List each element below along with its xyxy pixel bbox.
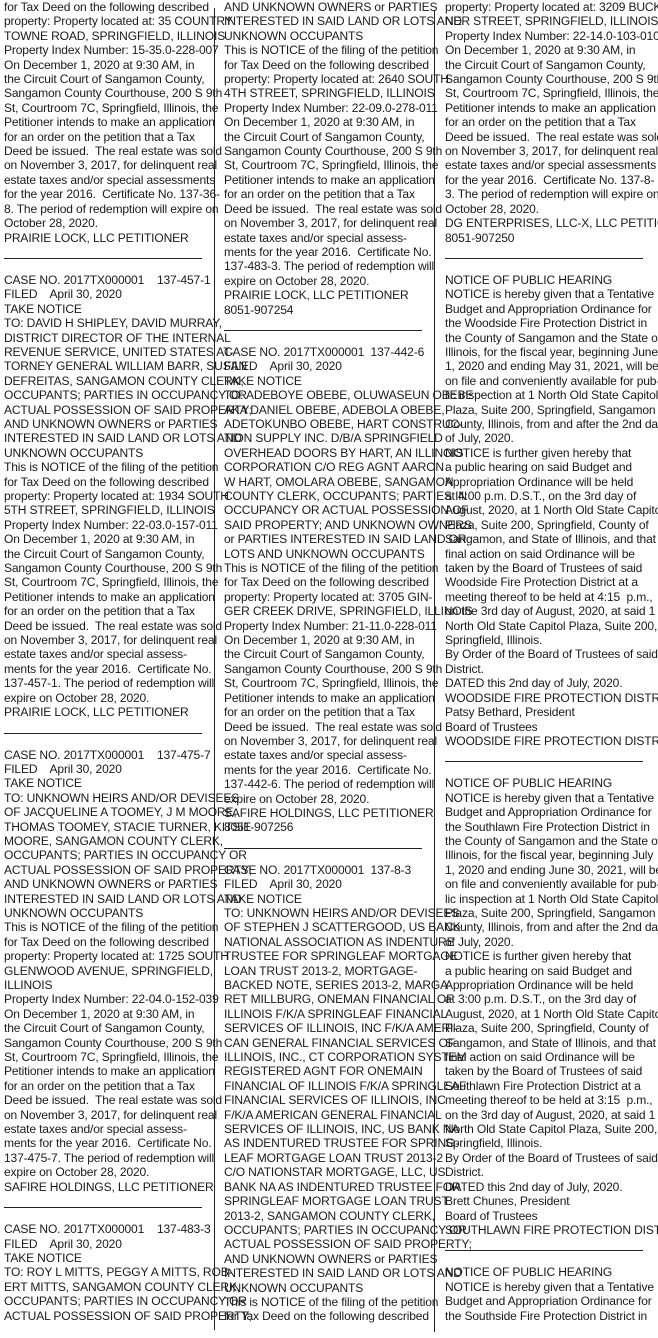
notice-text-line: ACTUAL POSSESSION OF SAID PROPERTY; [4, 863, 204, 877]
notice-text-line: estate taxes and/or special assess- [224, 748, 426, 762]
notice-text-line: Deed be issued. The real estate was sold [4, 1093, 204, 1107]
notice-tail: for Tax Deed on the following describedp… [4, 0, 204, 245]
notice-text-line: By Order of the Board of Trustees of sai… [445, 647, 647, 661]
notice-text-line: Petitioner intends to make an applicatio… [445, 101, 647, 115]
notice-text-line: August, 2020, at 1 North Old State Capit… [445, 503, 647, 517]
notice-text-line: OCCUPANTS; PARTIES IN OCCUPANCY OR [4, 848, 204, 862]
notice-text-line: UNKNOWN OCCUPANTS [224, 29, 426, 43]
notice-text-line: ments for the year 2016. Certificate No. [224, 763, 426, 777]
notice-text-line: 2013-2, SANGAMON COUNTY CLERK, [224, 1209, 426, 1223]
notice-text-line: Petitioner intends to make an applicatio… [224, 691, 426, 705]
notice-text-line: On December 1, 2020 at 9:30 AM, in [4, 532, 204, 546]
notice-text-line: for an order on the petition that a Tax [4, 604, 204, 618]
notice-text-line: for Tax Deed on the following described [4, 0, 204, 14]
notice-text-line: GLENWOOD AVENUE, SPRINGFIELD, [4, 964, 204, 978]
notice-text-line: ments for the year 2016. Certificate No. [4, 1136, 204, 1150]
notice-text-line: taken by the Board of Trustees of said [445, 561, 647, 575]
notice-text-line: OVERHEAD DOORS BY HART, AN ILLINOIS [224, 446, 426, 460]
notice-text-line: on file and conveniently available for p… [445, 374, 647, 388]
notice-text-line: ments for the year 2016. Certificate No. [224, 245, 426, 259]
notice-text-line: 3. The period of redemption will expire … [445, 187, 647, 201]
notice-text-line: Sangamon, and State of Illinois, and tha… [445, 532, 647, 546]
notice-text-line: FILED April 30, 2020 [4, 1237, 204, 1251]
notice-text-line: Plaza, Suite 200, Springfield, County of [445, 1021, 647, 1035]
notice-text-line: on November 3, 2017, for delinquent real [4, 158, 204, 172]
notice-text-line: On December 1, 2020 at 9:30 AM, in [445, 43, 647, 57]
notice-text-line: for Tax Deed on the following described [224, 58, 426, 72]
notice-text-line: This is NOTICE of the filing of the peti… [224, 43, 426, 57]
notice-text-line: Deed be issued. The real estate was sold [4, 144, 204, 158]
notice-text-line: OCCUPANTS; PARTIES IN OCCUPANCY OR [224, 1223, 426, 1237]
notice-text-line: final action on said Ordinance will be [445, 547, 647, 561]
notice-text-line: final action on said Ordinance will be [445, 1050, 647, 1064]
notice-text-line: FINANCIAL SERVICES OF ILLINOIS, INC [224, 1093, 426, 1107]
notice-text-line: expire on October 28, 2020. [224, 274, 426, 288]
notice-text-line: August, 2020, at 1 North Old State Capit… [445, 1007, 647, 1021]
notice-text-line: Deed be issued. The real estate was sold [224, 720, 426, 734]
notice-text-line: TORNEY GENERAL WILLIAM BARR, SUSAN [4, 359, 204, 373]
notice-text-line: By Order of the Board of Trustees of sai… [445, 1151, 647, 1165]
notice-tail: AND UNKNOWN OWNERS or PARTIESINTERESTED … [224, 0, 426, 317]
notice-text-line: estate taxes and/or special assessments [445, 158, 647, 172]
notice-text-line: on November 3, 2017, for delinquent real [224, 734, 426, 748]
notice-text-line: for an order on the petition that a Tax [4, 1079, 204, 1093]
notice-text-line: ILLINOIS, INC., CT CORPORATION SYSTEM [224, 1050, 426, 1064]
legal-notices-page: for Tax Deed on the following describedp… [0, 0, 658, 1338]
notice-text-line: CASE NO. 2017TX000001 137-475-7 [4, 748, 204, 762]
notice-text-line: Property Index Number: 22-09.0-278-011 [224, 101, 426, 115]
notice-text-line: property: Property located at: 1725 SOUT… [4, 949, 204, 963]
notice-text-line: NOTICE OF PUBLIC HEARING [445, 1265, 647, 1279]
notice-text-line: for an order on the petition that a Tax [445, 115, 647, 129]
notice-text-line: PRAIRIE LOCK, LLC PETITIONER [4, 705, 204, 719]
notice-text-line: SERVICES OF ILLINOIS, INC F/K/A AMERI- [224, 1021, 426, 1035]
notice-text-line: AND UNKNOWN OWNERS or PARTIES [4, 877, 204, 891]
notice-text-line: meeting thereof to be held at 4:15 p.m., [445, 590, 647, 604]
notice-text-line: ILLINOIS F/K/A SPRINGLEAF FINANCIAL [224, 1007, 426, 1021]
notice-text-line: SAFIRE HOLDINGS, LLC PETITIONER [224, 806, 426, 820]
notice-text-line: Property Index Number: 22-04.0-152-039 [4, 992, 204, 1006]
notice-text-line: Springfield, Illinois. [445, 1136, 647, 1150]
notice-text-line: of July, 2020. [445, 935, 647, 949]
notice-text-line: On December 1, 2020 at 9:30 AM, in [224, 633, 426, 647]
notice-text-line: On December 1, 2020 at 9:30 AM, in [4, 58, 204, 72]
notice-separator-rule [4, 733, 202, 734]
notice-text-line: This is NOTICE of the filing of the peti… [4, 460, 204, 474]
notice-text-line: for an order on the petition that a Tax [4, 130, 204, 144]
notice-text-line: INTERESTED IN SAID LAND OR LOTS AND [224, 1266, 426, 1280]
notice-text-line: FILED April 30, 2020 [224, 359, 426, 373]
notice-text-line: North Old State Capitol Plaza, Suite 200… [445, 1122, 647, 1136]
notice-text-line: the Circuit Court of Sangamon County, [224, 647, 426, 661]
notice-text-line: Property Index Number: 15-35.0-228-007 [4, 43, 204, 57]
notice-text-line: Budget and Appropriation Ordinance for [445, 302, 647, 316]
notice-text-line: INTERESTED IN SAID LAND OR LOTS AND [224, 14, 426, 28]
notice-text-line: Sangamon County Courthouse, 200 S 9th [4, 86, 204, 100]
notice-text-line: Woodside Fire Protection District at a [445, 575, 647, 589]
notice-text-line: OF STEPHEN J SCATTERGOOD, US BANK [224, 920, 426, 934]
column-3: property: Property located at: 3209 BUCK… [445, 0, 647, 1338]
notice-text-line: TAKE NOTICE [4, 1251, 204, 1265]
notice-text-line: the County of Sangamon and the State of [445, 834, 647, 848]
notice-text-line: SPRINGLEAF MORTGAGE LOAN TRUST [224, 1194, 426, 1208]
notice-text-line: Southlawn Fire Protection District at a [445, 1079, 647, 1093]
notice-text-line: REVENUE SERVICE, UNITED STATES AT- [4, 345, 204, 359]
notice-text-line: COUNTY CLERK, OCCUPANTS; PARTIES IN [224, 489, 426, 503]
notice-text-line: for Tax Deed on the following described [4, 475, 204, 489]
tax-deed-notice: CASE NO. 2017TX000001 137-442-6FILED Apr… [224, 345, 426, 835]
notice-text-line: NOTICE OF PUBLIC HEARING [445, 776, 647, 790]
notice-text-line: CASE NO. 2017TX000001 137-8-3 [224, 863, 426, 877]
notice-text-line: a public hearing on said Budget and [445, 460, 647, 474]
notice-text-line: TAKE NOTICE [4, 302, 204, 316]
notice-text-line: for the year 2016. Certificate No. 137-8… [445, 173, 647, 187]
notice-text-line: 8051-907256 [224, 820, 426, 834]
notice-text-line: This is NOTICE of the filing of the peti… [224, 561, 426, 575]
notice-text-line: property: Property located at: 2640 SOUT… [224, 72, 426, 86]
notice-text-line: at 3:00 p.m. D.S.T., on the 3rd day of [445, 992, 647, 1006]
notice-text-line: TAKE NOTICE [224, 374, 426, 388]
notice-text-line: Sangamon County Courthouse, 200 S 9th [4, 561, 204, 575]
notice-text-line: SOUTHLAWN FIRE PROTECTION DISTRICT [445, 1223, 647, 1237]
notice-text-line: MOORE, SANGAMON COUNTY CLERK, [4, 834, 204, 848]
notice-text-line: on file and conveniently available for p… [445, 877, 647, 891]
notice-text-line: North Old State Capitol Plaza, Suite 200… [445, 619, 647, 633]
notice-text-line: Illinois, for the fiscal year, beginning… [445, 345, 647, 359]
notice-text-line: the Southside Fire Protection District i… [445, 1309, 647, 1323]
notice-text-line: BANK NA AS INDENTURED TRUSTEE FOR [224, 1180, 426, 1194]
notice-text-line: TOWNE ROAD, SPRINGFIELD, ILLINOIS [4, 29, 204, 43]
notice-text-line: INTERESTED IN SAID LAND OR LOTS AND [4, 892, 204, 906]
notice-text-line: OCCUPANTS; PARTIES IN OCCUPANCY OR [4, 1294, 204, 1308]
notice-text-line: Springfield, Illinois. [445, 633, 647, 647]
notice-text-line: 137-442-6. The period of redemption will [224, 777, 426, 791]
notice-text-line: Budget and Appropriation Ordinance for [445, 1294, 647, 1308]
notice-text-line: Illinois, for the fiscal year, beginning… [445, 848, 647, 862]
notice-text-line: RET MILLBURG, ONEMAN FINANCIAL OF [224, 992, 426, 1006]
public-hearing-notice: NOTICE OF PUBLIC HEARINGNOTICE is hereby… [445, 273, 647, 748]
notice-text-line: SERVICES OF ILLINOIS, INC, US BANK NA [224, 1122, 426, 1136]
notice-text-line: REGISTERED AGNT FOR ONEMAIN [224, 1064, 426, 1078]
notice-text-line: Petitioner intends to make an applicatio… [4, 590, 204, 604]
notice-text-line: ERT MITTS, SANGAMON COUNTY CLERK, [4, 1280, 204, 1294]
notice-text-line: F/K/A AMERICAN GENERAL FINANCIAL [224, 1108, 426, 1122]
notice-text-line: the Circuit Court of Sangamon County, [445, 58, 647, 72]
notice-text-line: ADETOKUNBO OBEBE, HART CONSTRUC- [224, 417, 426, 431]
notice-text-line: estate taxes and/or special assess- [4, 647, 204, 661]
notice-text-line: This is NOTICE of the filing of the peti… [224, 1295, 426, 1309]
notice-text-line: BACKED NOTE, SERIES 2013-2, MARGA- [224, 978, 426, 992]
notice-text-line: on November 3, 2017, for delinquent real [4, 1108, 204, 1122]
notice-text-line: 1, 2020 and ending May 31, 2021, will be [445, 359, 647, 373]
notice-text-line: Budget and Appropriation Ordinance for [445, 805, 647, 819]
notice-text-line: ACTUAL POSSESSION OF SAID PROPERTY; [4, 1309, 204, 1323]
notice-text-line: W HART, OMOLARA OBEBE, SANGAMON [224, 475, 426, 489]
notice-text-line: for Tax Deed on the following described [4, 935, 204, 949]
notice-text-line: AS INDENTURED TRUSTEE FOR SPRING- [224, 1136, 426, 1150]
notice-text-line: DG ENTERPRISES, LLC-X, LLC PETITIONER [445, 216, 647, 230]
notice-text-line: St, Courtroom 7C, Springfield, Illinois,… [4, 101, 204, 115]
notice-text-line: SAFIRE HOLDINGS, LLC PETITIONER [4, 1180, 204, 1194]
notice-text-line: 4TH STREET, SPRINGFIELD, ILLINOIS [224, 86, 426, 100]
notice-text-line: Plaza, Suite 200, Springfield, County of [445, 518, 647, 532]
notice-text-line: 8051-907254 [224, 303, 426, 317]
notice-text-line: County, Illinois, from and after the 2nd… [445, 920, 647, 934]
notice-text-line: THOMAS TOOMEY, STACIE TURNER, KITSIE [4, 820, 204, 834]
notice-text-line: for an order on the petition that a Tax [224, 705, 426, 719]
notice-text-line: estate taxes and/or special assessments [4, 173, 204, 187]
notice-text-line: TO: DAVID H SHIPLEY, DAVID MURRAY, [4, 316, 204, 330]
notice-text-line: PRAIRIE LOCK, LLC PETITIONER [4, 231, 204, 245]
column-1: for Tax Deed on the following describedp… [4, 0, 204, 1338]
tax-deed-notice: CASE NO. 2017TX000001 137-483-3FILED Apr… [4, 1222, 204, 1323]
notice-text-line: CORPORATION C/O REG AGNT AARON [224, 460, 426, 474]
notice-text-line: TO: UNKNOWN HEIRS AND/OR DEVISEES [224, 906, 426, 920]
notice-text-line: NOTICE is further given hereby that [445, 446, 647, 460]
notice-text-line: C/O NATIONSTAR MORTGAGE, LLC, US [224, 1165, 426, 1179]
notice-text-line: DATED this 2nd day of July, 2020. [445, 1180, 647, 1194]
notice-text-line: St, Courtroom 7C, Springfield, Illinois,… [4, 1050, 204, 1064]
notice-text-line: On December 1, 2020 at 9:30 AM, in [224, 115, 426, 129]
notice-text-line: This is NOTICE of the filing of the peti… [4, 920, 204, 934]
notice-text-line: Sangamon County Courthouse, 200 S 9th [224, 662, 426, 676]
notice-text-line: at 4:00 p.m. D.S.T., on the 3rd day of [445, 489, 647, 503]
notice-separator-rule [224, 330, 422, 331]
notice-text-line: WOODSIDE FIRE PROTECTION DISTRICT [445, 691, 647, 705]
notice-text-line: Property Index Number: 22-03.0-157-011 [4, 518, 204, 532]
notice-text-line: FILED April 30, 2020 [224, 877, 426, 891]
notice-text-line: UNKNOWN OCCUPANTS [4, 906, 204, 920]
notice-text-line: Deed be issued. The real estate was sold [4, 619, 204, 633]
notice-text-line: ILLINOIS [4, 978, 204, 992]
notice-text-line: CASE NO. 2017TX000001 137-442-6 [224, 345, 426, 359]
notice-text-line: Plaza, Suite 200, Springfield, Sangamon [445, 906, 647, 920]
public-hearing-notice: NOTICE OF PUBLIC HEARINGNOTICE is hereby… [445, 1265, 647, 1323]
notice-text-line: 137-483-3. The period of redemption will [224, 259, 426, 273]
notice-text-line: CAN GENERAL FINANCIAL SERVICES OF [224, 1036, 426, 1050]
notice-text-line: Plaza, Suite 200, Springfield, Sangamon [445, 403, 647, 417]
notice-text-line: for the year 2016. Certificate No. 137-3… [4, 187, 204, 201]
notice-text-line: 5TH STREET, SPRINGFIELD, ILLINOIS [4, 503, 204, 517]
notice-text-line: 1, 2020 and ending June 30, 2021, will b… [445, 863, 647, 877]
notice-text-line: on November 3, 2017, for delinquent real [4, 633, 204, 647]
notice-text-line: of July, 2020. [445, 431, 647, 445]
notice-text-line: lic inspection at 1 North Old State Capi… [445, 892, 647, 906]
notice-text-line: St, Courtroom 7C, Springfield, Illinois,… [445, 86, 647, 100]
notice-text-line: the Southlawn Fire Protection District i… [445, 820, 647, 834]
notice-text-line: County, Illinois, from and after the 2nd… [445, 417, 647, 431]
notice-text-line: UNKNOWN OCCUPANTS [4, 446, 204, 460]
notice-text-line: TO: ROY L MITTS, PEGGY A MITTS, ROB- [4, 1265, 204, 1279]
notice-text-line: PRAIRIE LOCK, LLC PETITIONER [224, 288, 426, 302]
notice-text-line: Deed be issued. The real estate was sold [445, 130, 647, 144]
tax-deed-notice: CASE NO. 2017TX000001 137-475-7FILED Apr… [4, 748, 204, 1195]
notice-text-line: 137-475-7. The period of redemption will [4, 1151, 204, 1165]
notice-text-line: Sangamon County Courthouse, 200 S 9th [4, 1036, 204, 1050]
notice-text-line: Sangamon County Courthouse, 200 S 9th [224, 144, 426, 158]
notice-text-line: expire on October 28, 2020. [4, 1165, 204, 1179]
notice-text-line: TRUSTEE FOR SPRINGLEAF MORTGAGE [224, 949, 426, 963]
notice-text-line: for Tax Deed on the following described [224, 575, 426, 589]
notice-separator-rule [4, 1207, 202, 1208]
notice-text-line: TO: ADEBOYE OBEBE, OLUWASEUN OBEBE [224, 388, 426, 402]
notice-text-line: LOAN TRUST 2013-2, MORTGAGE- [224, 964, 426, 978]
notice-text-line: expire on October 28, 2020. [224, 792, 426, 806]
notice-text-line: OCCUPANTS; PARTIES IN OCCUPANCY OR [4, 388, 204, 402]
notice-text-line: Board of Trustees [445, 720, 647, 734]
notice-text-line: TAKE NOTICE [224, 892, 426, 906]
notice-text-line: St, Courtroom 7C, Springfield, Illinois,… [4, 575, 204, 589]
notice-text-line: DATED this 2nd day of July, 2020. [445, 676, 647, 690]
notice-text-line: NER STREET, SPRINGFIELD, ILLINOIS [445, 14, 647, 28]
public-hearing-notice: NOTICE OF PUBLIC HEARINGNOTICE is hereby… [445, 776, 647, 1237]
notice-text-line: a public hearing on said Budget and [445, 964, 647, 978]
notice-separator-rule [4, 258, 202, 259]
notice-text-line: UNKNOWN OCCUPANTS [224, 1281, 426, 1295]
notice-text-line: Petitioner intends to make an applicatio… [224, 173, 426, 187]
notice-separator-rule [224, 848, 422, 849]
notice-text-line: on the 3rd day of August, 2020, at said … [445, 604, 647, 618]
notice-text-line: Petitioner intends to make an applicatio… [4, 115, 204, 129]
notice-text-line: NOTICE is hereby given that a Tentative [445, 1280, 647, 1294]
notice-text-line: expire on October 28, 2020. [4, 691, 204, 705]
notice-text-line: the Circuit Court of Sangamon County, [4, 72, 204, 86]
notice-text-line: property: Property located at: 3209 BUCK… [445, 0, 647, 14]
notice-text-line: LEAF MORTGAGE LOAN TRUST 2013-2 [224, 1151, 426, 1165]
notice-text-line: St, Courtroom 7C, Springfield, Illinois,… [224, 158, 426, 172]
notice-text-line: the Circuit Court of Sangamon County, [4, 1021, 204, 1035]
notice-text-line: CASE NO. 2017TX000001 137-457-1 [4, 273, 204, 287]
notice-text-line: FILED April 30, 2020 [4, 287, 204, 301]
notice-text-line: AKA DANIEL OBEBE, ADEBOLA OBEBE, [224, 403, 426, 417]
tax-deed-notice: CASE NO. 2017TX000001 137-8-3FILED April… [224, 863, 426, 1324]
notice-text-line: the Circuit Court of Sangamon County, [224, 130, 426, 144]
notice-text-line: property: Property located at: 3705 GIN- [224, 590, 426, 604]
notice-text-line: AND UNKNOWN OWNERS or PARTIES [224, 0, 426, 14]
notice-text-line: on November 3, 2017, for delinquent real [224, 216, 426, 230]
notice-text-line: lic inspection at 1 North Old State Capi… [445, 388, 647, 402]
notice-text-line: Brett Chunes, President [445, 1194, 647, 1208]
notice-text-line: 137-457-1. The period of redemption will [4, 676, 204, 690]
notice-text-line: Appropriation Ordinance will be held [445, 978, 647, 992]
notice-text-line: October 28, 2020. [445, 202, 647, 216]
notice-text-line: NOTICE is hereby given that a Tentative [445, 287, 647, 301]
notice-text-line: NOTICE is hereby given that a Tentative [445, 791, 647, 805]
notice-text-line: SAID PROPERTY; AND UNKNOWN OWNERS [224, 518, 426, 532]
notice-text-line: Patsy Bethard, President [445, 705, 647, 719]
notice-text-line: FINANCIAL OF ILLINOIS F/K/A SPRINGLEAF [224, 1079, 426, 1093]
notice-text-line: property: Property located at: 1934 SOUT… [4, 489, 204, 503]
notice-text-line: Appropriation Ordinance will be held [445, 475, 647, 489]
notice-text-line: CASE NO. 2017TX000001 137-483-3 [4, 1222, 204, 1236]
notice-text-line: 8051-907250 [445, 231, 647, 245]
notice-text-line: District. [445, 662, 647, 676]
notice-text-line: on November 3, 2017, for delinquent real [445, 144, 647, 158]
notice-text-line: Board of Trustees [445, 1209, 647, 1223]
notice-separator-rule [445, 761, 643, 762]
notice-text-line: property: Property located at: 35 COUNTR… [4, 14, 204, 28]
notice-text-line: AND UNKNOWN OWNERS or PARTIES [224, 1252, 426, 1266]
notice-text-line: ACTUAL POSSESSION OF SAID PROPERTY; [224, 1237, 426, 1251]
notice-text-line: 8. The period of redemption will expire … [4, 202, 204, 216]
notice-text-line: the County of Sangamon and the State of [445, 331, 647, 345]
notice-text-line: ACTUAL POSSESSION OF SAID PROPERTY; [4, 403, 204, 417]
notice-separator-rule [445, 258, 643, 259]
notice-text-line: TO: UNKNOWN HEIRS AND/OR DEVISEES [4, 791, 204, 805]
notice-text-line: NOTICE OF PUBLIC HEARING [445, 273, 647, 287]
notice-text-line: St, Courtroom 7C, Springfield, Illinois,… [224, 676, 426, 690]
notice-text-line: NATIONAL ASSOCIATION AS INDENTURE [224, 935, 426, 949]
notice-text-line: OCCUPANCY OR ACTUAL POSSESSION OF [224, 503, 426, 517]
notice-text-line: LOTS AND UNKNOWN OCCUPANTS [224, 547, 426, 561]
notice-text-line: INTERESTED IN SAID LAND OR LOTS AND [4, 431, 204, 445]
notice-tail: property: Property located at: 3209 BUCK… [445, 0, 647, 245]
notice-text-line: DEFREITAS, SANGAMON COUNTY CLERK, [4, 374, 204, 388]
notice-text-line: Petitioner intends to make an applicatio… [4, 1064, 204, 1078]
notice-text-line: estate taxes and/or special assess- [224, 231, 426, 245]
notice-text-line: meeting thereof to be held at 3:15 p.m., [445, 1093, 647, 1107]
notice-text-line: DISTRICT DIRECTOR OF THE INTERNAL [4, 331, 204, 345]
notice-text-line: GER CREEK DRIVE, SPRINGFIELD, ILLINOIS [224, 604, 426, 618]
notice-text-line: the Circuit Court of Sangamon County, [4, 547, 204, 561]
notice-text-line: NOTICE is further given hereby that [445, 949, 647, 963]
notice-text-line: WOODSIDE FIRE PROTECTION DISTRICT [445, 734, 647, 748]
notice-text-line: taken by the Board of Trustees of said [445, 1064, 647, 1078]
notice-text-line: or PARTIES INTERESTED IN SAID LAND OR [224, 532, 426, 546]
notice-text-line: OF JACQUELINE A TOOMEY, J M MOORE, [4, 805, 204, 819]
notice-text-line: FILED April 30, 2020 [4, 762, 204, 776]
notice-text-line: Deed be issued. The real estate was sold [224, 202, 426, 216]
notice-text-line: AND UNKNOWN OWNERS or PARTIES [4, 417, 204, 431]
notice-separator-rule [445, 1250, 643, 1251]
notice-text-line: TAKE NOTICE [4, 776, 204, 790]
notice-text-line: estate taxes and/or special assess- [4, 1122, 204, 1136]
notice-text-line: ments for the year 2016. Certificate No. [4, 662, 204, 676]
notice-text-line: Property Index Number: 21-11.0-228-011 [224, 619, 426, 633]
notice-text-line: for an order on the petition that a Tax [224, 187, 426, 201]
notice-text-line: for Tax Deed on the following described [224, 1309, 426, 1323]
notice-text-line: TION SUPPLY INC. D/B/A SPRINGFIELD [224, 431, 426, 445]
notice-text-line: October 28, 2020. [4, 216, 204, 230]
notice-text-line: Property Index Number: 22-14.0-103-010 [445, 29, 647, 43]
notice-text-line: Sangamon, and State of Illinois, and tha… [445, 1036, 647, 1050]
notice-text-line: on the 3rd day of August, 2020, at said … [445, 1108, 647, 1122]
column-2: AND UNKNOWN OWNERS or PARTIESINTERESTED … [224, 0, 426, 1338]
tax-deed-notice: CASE NO. 2017TX000001 137-457-1FILED Apr… [4, 273, 204, 720]
notice-text-line: District. [445, 1165, 647, 1179]
notice-text-line: the Woodside Fire Protection District in [445, 316, 647, 330]
notice-text-line: On December 1, 2020 at 9:30 AM, in [4, 1007, 204, 1021]
notice-text-line: Sangamon County Courthouse, 200 S 9th [445, 72, 647, 86]
